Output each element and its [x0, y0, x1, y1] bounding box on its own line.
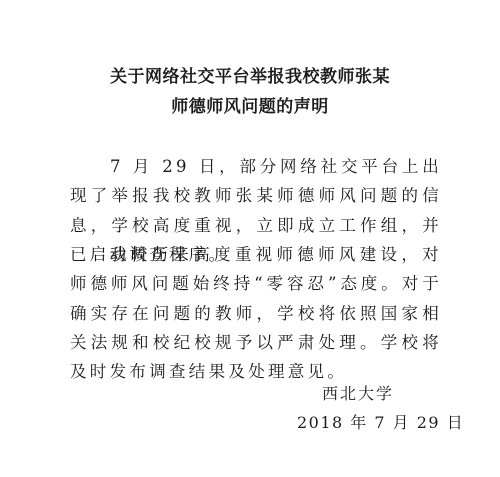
signature-date: 2018 年 7 月 29 日 [297, 413, 464, 433]
body-paragraph-2: 我校历来高度重视师德师风建设，对师德师风问题始终持“零容忍”态度。对于确实存在问… [70, 240, 442, 386]
paragraph-text: 我校历来高度重视师德师风建设，对师德师风问题始终持“零容忍”态度。对于确实存在问… [70, 240, 442, 386]
document-title-line-2: 师德师风问题的声明 [0, 97, 500, 117]
document-title-line-1: 关于网络社交平台举报我校教师张某 [0, 67, 500, 87]
signature-organization: 西北大学 [322, 384, 394, 404]
